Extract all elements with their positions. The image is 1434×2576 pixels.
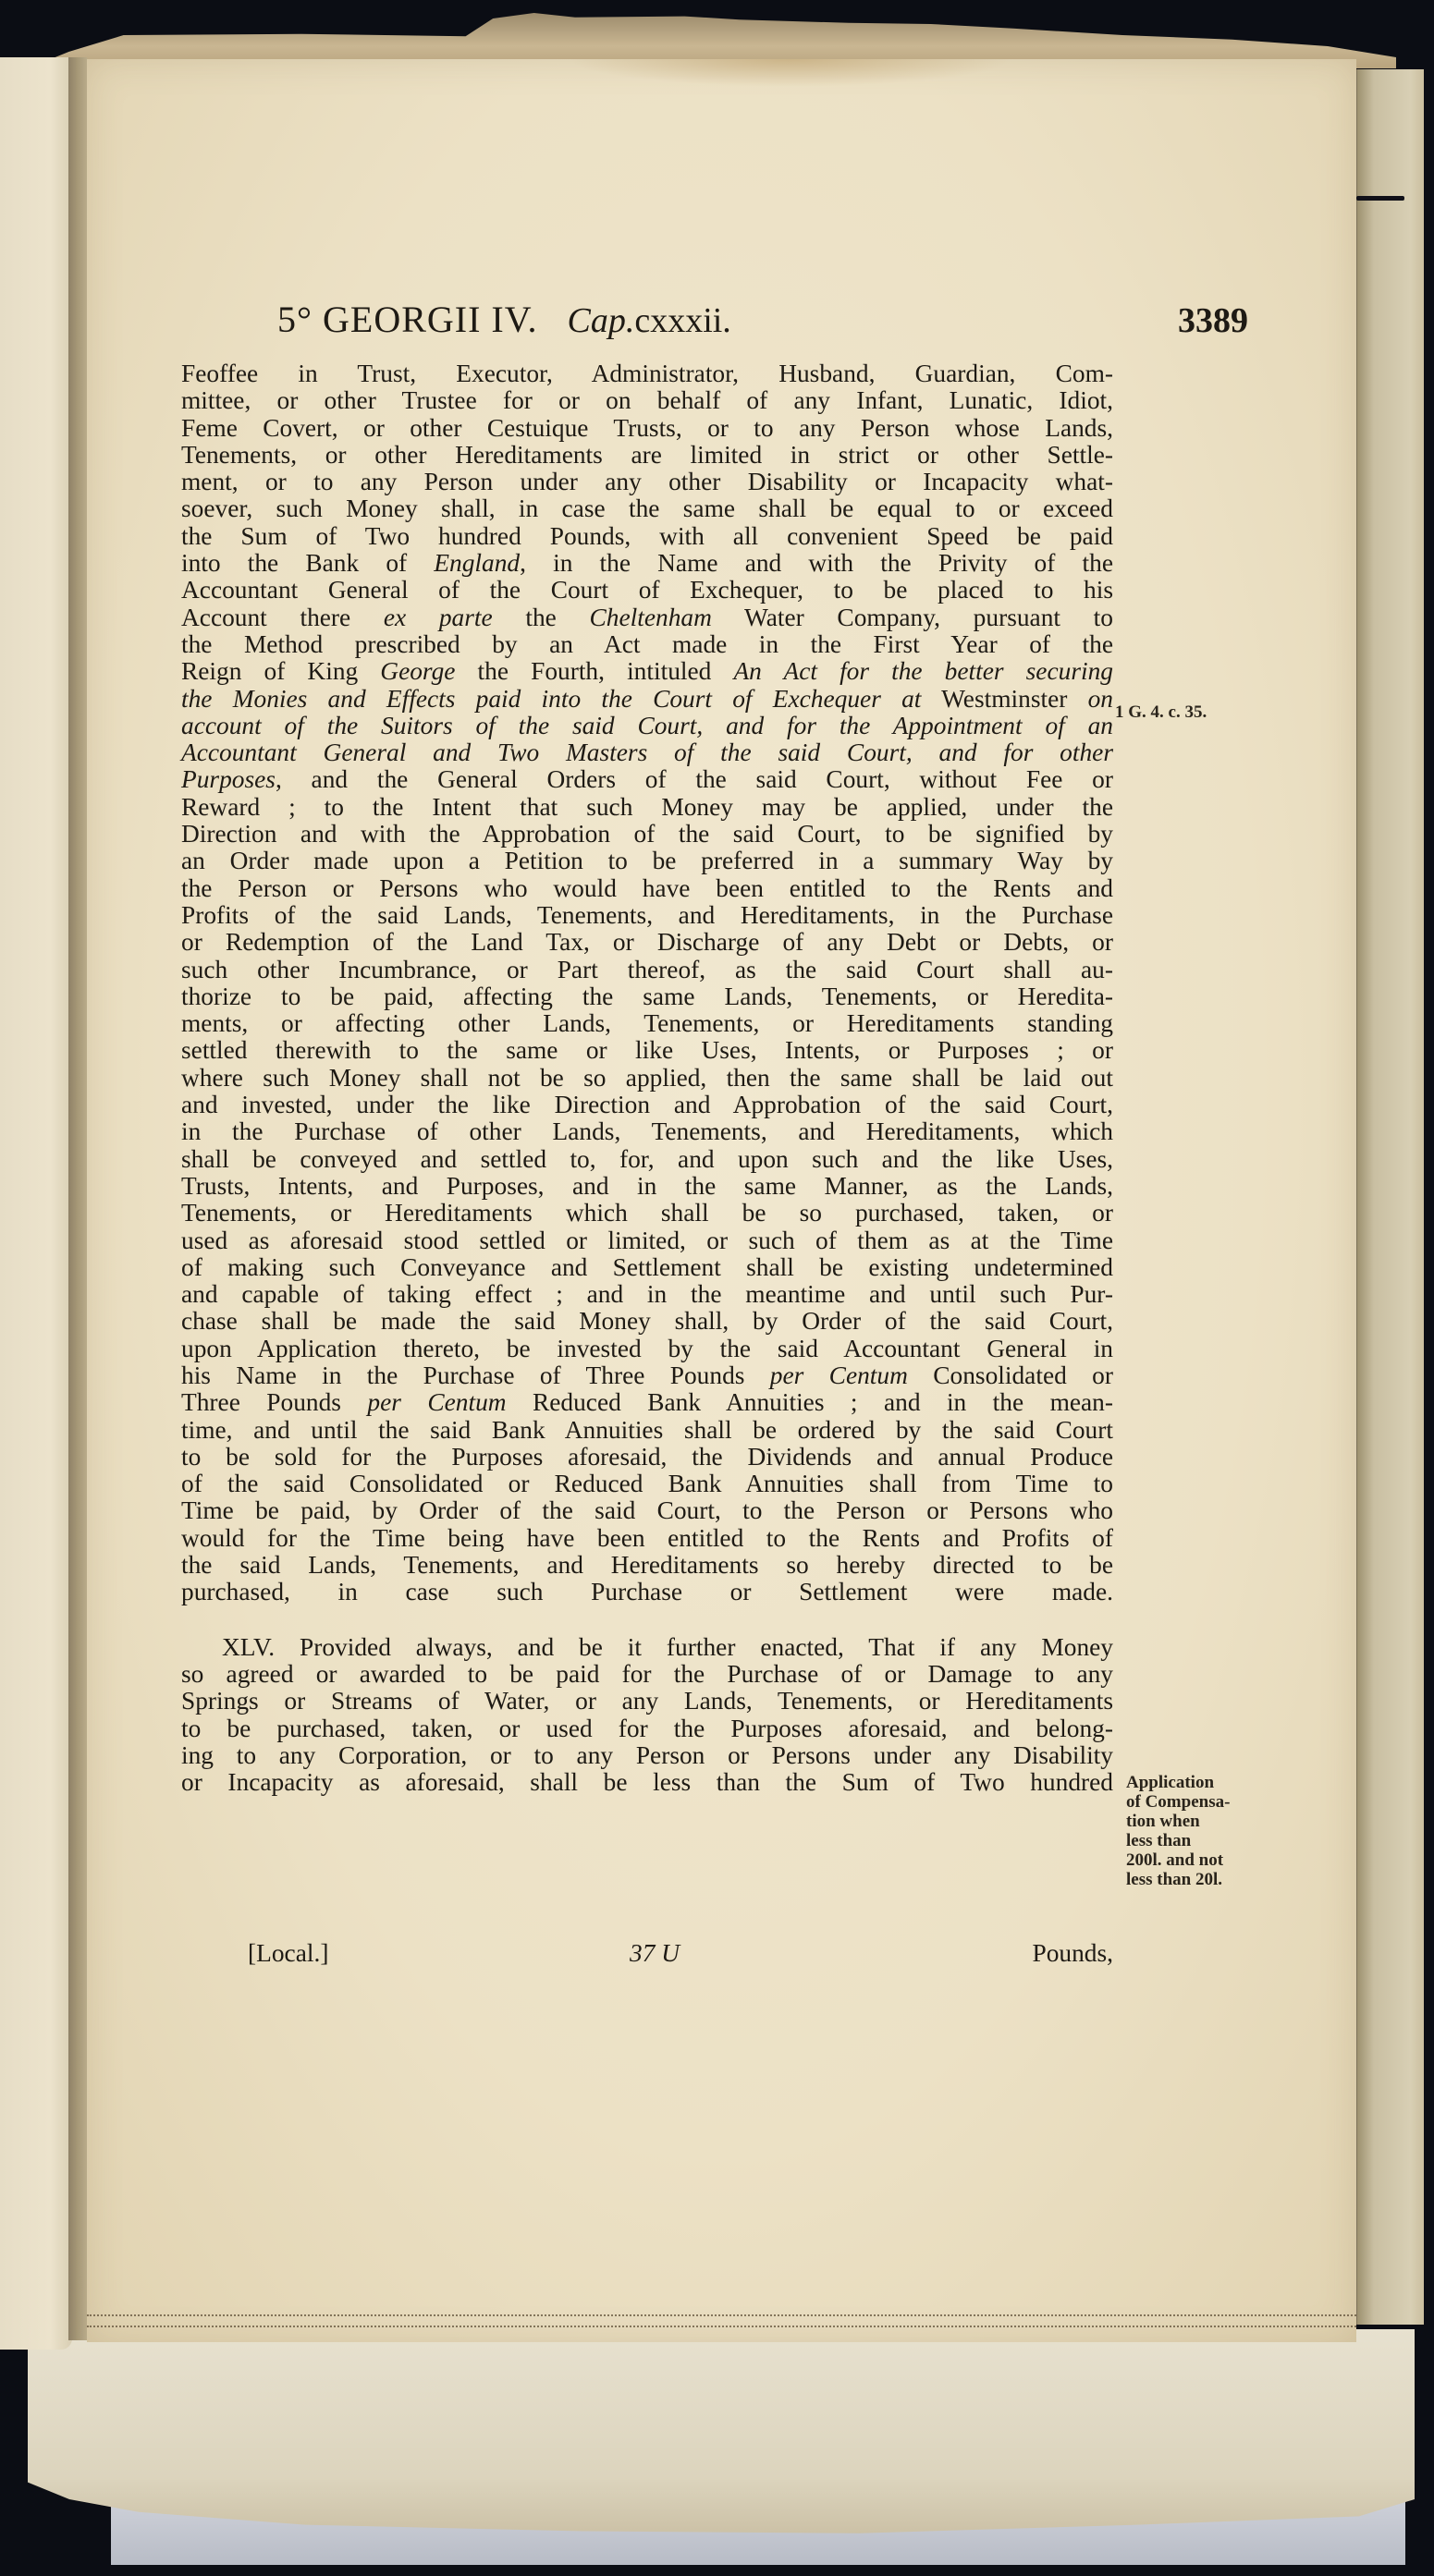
- signature-mark: [Local.]: [248, 1939, 328, 1968]
- text-line: and invested, under the like Direction a…: [181, 1092, 1113, 1118]
- text-line: would for the Time being have been entit…: [181, 1525, 1113, 1552]
- reign-title: 5° GEORGII IV.: [277, 298, 537, 341]
- text-line: Time be paid, by Order of the said Court…: [181, 1497, 1113, 1524]
- text-line: Account there ex parte the Cheltenham Wa…: [181, 604, 1113, 631]
- text-line: shall be conveyed and settled to, for, a…: [181, 1146, 1113, 1173]
- section-xlv: XLV. Provided always, and be it further …: [181, 1634, 1113, 1797]
- side-note: Application of Compensa- tion when less …: [1126, 1773, 1265, 1889]
- page-stack-edge: [1354, 69, 1424, 2325]
- text-line: such other Incumbrance, or Part thereof,…: [181, 957, 1113, 983]
- text-line: into the Bank of England, in the Name an…: [181, 550, 1113, 577]
- place-name: England: [434, 549, 520, 577]
- text-line: Tenements, or Hereditaments which shall …: [181, 1200, 1113, 1227]
- act-title: Accountant General and Two Masters of th…: [181, 739, 1113, 766]
- text-line: ing to any Corporation, or to any Person…: [181, 1742, 1113, 1769]
- place-name: Cheltenham: [590, 604, 712, 631]
- stitch-line: [87, 2314, 1356, 2316]
- section-heading-line: XLV. Provided always, and be it further …: [181, 1634, 1113, 1661]
- text-line: the Person or Persons who would have bee…: [181, 875, 1113, 902]
- text-line: Reign of King George the Fourth, intitul…: [181, 658, 1113, 685]
- act-title: Purposes: [181, 765, 276, 793]
- text-line: the Monies and Effects paid into the Cou…: [181, 686, 1113, 713]
- text-line: the Sum of Two hundred Pounds, with all …: [181, 523, 1113, 550]
- statute-reference-note: 1 G. 4. c. 35.: [1115, 702, 1207, 723]
- side-note-line: Application: [1126, 1773, 1265, 1792]
- text-line: Accountant General of the Court of Exche…: [181, 577, 1113, 604]
- text-line: and capable of taking effect ; and in th…: [181, 1281, 1113, 1308]
- text-line: thorize to be paid, affecting the same L…: [181, 983, 1113, 1010]
- chapter-label: Cap.cxxxii.: [567, 300, 730, 341]
- ink-mark: [1356, 196, 1404, 201]
- text-line: his Name in the Purchase of Three Pounds…: [181, 1362, 1113, 1389]
- act-title: account of the Suitors of the said Court…: [181, 712, 1113, 739]
- side-note-line: less than 20l.: [1126, 1870, 1265, 1889]
- scanned-book-spread: 5° GEORGII IV. Cap.cxxxii. 3389 Feoffee …: [0, 0, 1434, 2576]
- text-line: Feoffee in Trust, Executor, Administrato…: [181, 360, 1113, 387]
- text-line: of the said Consolidated or Reduced Bank…: [181, 1471, 1113, 1497]
- folded-sheet-bottom: [28, 2329, 1415, 2542]
- book-gutter: [68, 57, 87, 2340]
- text-line: used as aforesaid stood settled or limit…: [181, 1227, 1113, 1254]
- text-line: the said Lands, Tenements, and Hereditam…: [181, 1552, 1113, 1579]
- text-line: Purposes, and the General Orders of the …: [181, 766, 1113, 793]
- running-head: 5° GEORGII IV. Cap.cxxxii. 3389: [277, 298, 1248, 353]
- side-note-line: tion when: [1126, 1812, 1265, 1831]
- act-title: the Monies and Effects paid into the Cou…: [181, 685, 921, 713]
- text-line: so agreed or awarded to be paid for the …: [181, 1661, 1113, 1688]
- sheet-mark: 37 U: [630, 1939, 680, 1968]
- text-line: to be purchased, taken, or used for the …: [181, 1715, 1113, 1742]
- page-footer: [Local.] 37 U Pounds,: [181, 1939, 1113, 1971]
- text-line: chase shall be made the said Money shall…: [181, 1308, 1113, 1335]
- side-note-line: less than: [1126, 1831, 1265, 1850]
- text-line: soever, such Money shall, in case the sa…: [181, 495, 1113, 522]
- text-line: time, and until the said Bank Annuities …: [181, 1417, 1113, 1444]
- text-line: account of the Suitors of the said Court…: [181, 713, 1113, 739]
- text-line: ment, or to any Person under any other D…: [181, 469, 1113, 495]
- page-number: 3389: [1178, 300, 1248, 341]
- text-line: Trusts, Intents, and Purposes, and in th…: [181, 1173, 1113, 1200]
- text-line: in the Purchase of other Lands, Tenement…: [181, 1118, 1113, 1145]
- text-line: ments, or affecting other Lands, Tenemen…: [181, 1010, 1113, 1037]
- text-line: Direction and with the Approbation of th…: [181, 821, 1113, 848]
- chapter-number: cxxxii.: [634, 301, 730, 340]
- side-note-line: of Compensa-: [1126, 1792, 1265, 1812]
- facing-page-edge: [0, 57, 72, 2350]
- stitch-line: [87, 2326, 1356, 2327]
- text-line: Profits of the said Lands, Tenements, an…: [181, 902, 1113, 929]
- paragraph-gap: [181, 1606, 1113, 1634]
- cap-abbrev: Cap.: [567, 301, 634, 340]
- text-line: or Redemption of the Land Tax, or Discha…: [181, 929, 1113, 956]
- text-line: of making such Conveyance and Settlement…: [181, 1254, 1113, 1281]
- side-note-line: 200l. and not: [1126, 1850, 1265, 1870]
- text-line: purchased, in case such Purchase or Sett…: [181, 1579, 1113, 1605]
- text-line: mittee, or other Trustee for or on behal…: [181, 387, 1113, 414]
- text-line: the Method prescribed by an Act made in …: [181, 631, 1113, 658]
- water-stain: [568, 59, 1011, 87]
- body-text: Feoffee in Trust, Executor, Administrato…: [181, 360, 1113, 1796]
- catchword: Pounds,: [1032, 1939, 1113, 1968]
- text-line: Springs or Streams of Water, or any Land…: [181, 1688, 1113, 1715]
- continuation-paragraph: Feoffee in Trust, Executor, Administrato…: [181, 360, 1113, 1606]
- text-line: Feme Covert, or other Cestuique Trusts, …: [181, 415, 1113, 442]
- text-line: Reward ; to the Intent that such Money m…: [181, 794, 1113, 821]
- text-line: or Incapacity as aforesaid, shall be les…: [181, 1769, 1113, 1796]
- text-line: Tenements, or other Hereditaments are li…: [181, 442, 1113, 469]
- text-line: settled therewith to the same or like Us…: [181, 1037, 1113, 1064]
- text-line: to be sold for the Purposes aforesaid, t…: [181, 1444, 1113, 1471]
- text-line: Accountant General and Two Masters of th…: [181, 739, 1113, 766]
- text-line: where such Money shall not be so applied…: [181, 1065, 1113, 1092]
- text-line: Three Pounds per Centum Reduced Bank Ann…: [181, 1389, 1113, 1416]
- text-line: an Order made upon a Petition to be pref…: [181, 848, 1113, 874]
- text-line: upon Application thereto, be invested by…: [181, 1336, 1113, 1362]
- act-title: An Act for the better securing: [733, 657, 1113, 685]
